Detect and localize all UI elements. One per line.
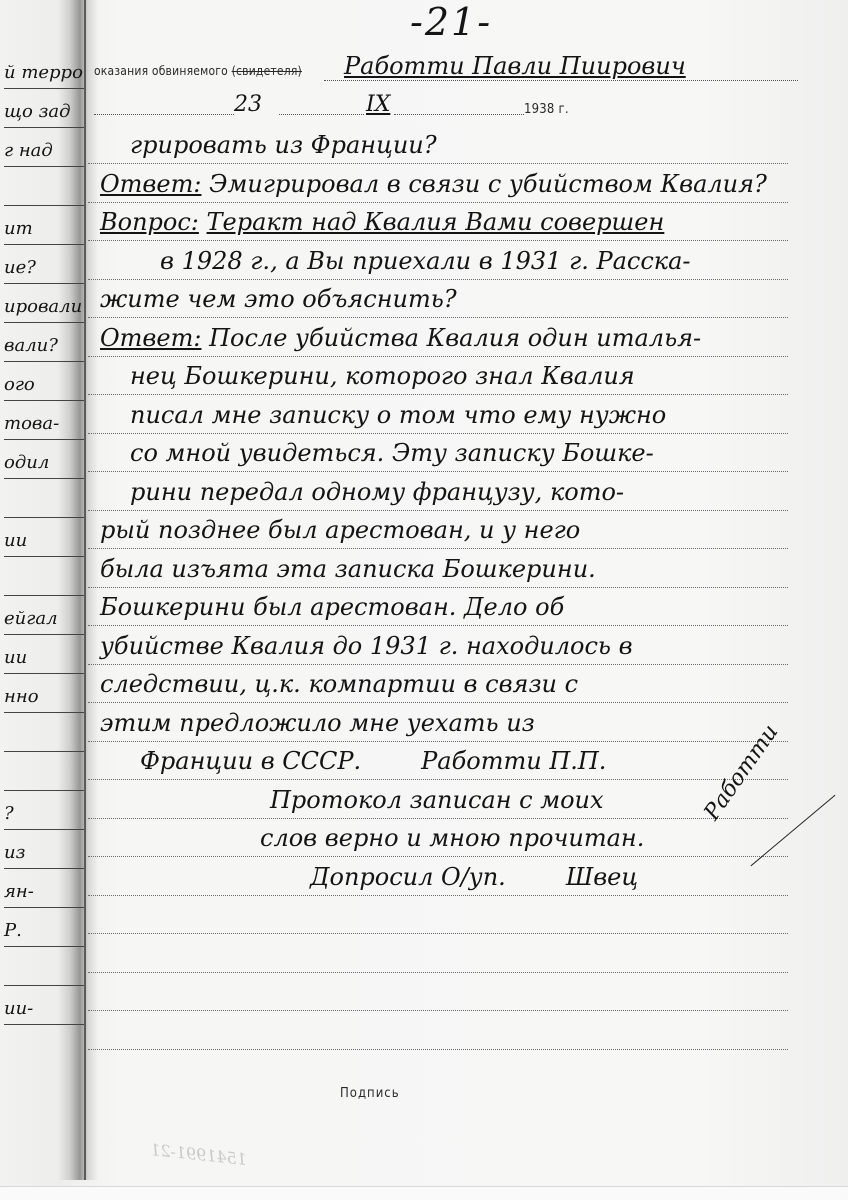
margin-rule [4, 439, 84, 440]
margin-rule [4, 205, 84, 206]
ruled-line [88, 818, 788, 819]
line-text: жите чем это объяснить? [100, 285, 457, 313]
margin-fragment: това- [4, 413, 59, 434]
ruled-line [88, 933, 788, 934]
line-text: в 1928 г., а Вы приехали в 1931 г. Расск… [160, 247, 691, 275]
printed-label-text: оказания обвиняемого [94, 64, 228, 78]
handwritten-line: слов верно и мною прочитан. [100, 823, 848, 853]
handwritten-line: Бошкерини был арестован. Дело об [100, 592, 790, 622]
line-text: Допросил О/уп. [310, 863, 506, 891]
margin-fragment: ит [4, 218, 33, 239]
date-dotted-line [394, 114, 524, 115]
date-year: 1938 г. [524, 102, 569, 117]
margin-fragment: ировали [4, 296, 82, 317]
ruled-line [88, 587, 788, 588]
date-dotted-line [279, 114, 364, 115]
margin-fragment: що зад [4, 101, 71, 122]
line-text: писал мне записку о том что ему нужно [130, 401, 666, 429]
margin-rule [4, 283, 84, 284]
qa-label: Ответ: [100, 324, 201, 352]
ruled-line [88, 664, 788, 665]
handwritten-line: Франции в СССР.Работти П.П. [100, 746, 830, 776]
margin-fragment: ие? [4, 257, 36, 278]
margin-rule [4, 907, 84, 908]
struck-witness-label: (свидетеля) [232, 64, 302, 78]
ruled-line [88, 202, 788, 203]
margin-fragment: нно [4, 686, 39, 707]
margin-rule [4, 1024, 84, 1025]
line-text: была изъята эта записка Бошкерини. [100, 555, 596, 583]
line-text: После убийства Квалия один италья- [209, 324, 701, 352]
margin-fragment: из [4, 842, 25, 863]
line-text: убийстве Квалия до 1931 г. находилось в [100, 632, 633, 660]
margin-rule [4, 322, 84, 323]
binding-fold-shadow [58, 0, 98, 1180]
handwritten-line: следствии, ц.к. компартии в связи с [100, 669, 790, 699]
line-text: со мной увидеться. Эту записку Бошке- [130, 439, 654, 467]
ruled-line [88, 895, 788, 896]
ruled-line [88, 510, 788, 511]
signature-label: Подпись [340, 1086, 400, 1101]
page-number: -21- [410, 0, 492, 44]
ruled-line [88, 279, 788, 280]
line-text: Протокол записан с моих [270, 786, 604, 814]
line-text: нец Бошкерини, которого знал Квалия [130, 362, 635, 390]
margin-fragment: ии- [4, 998, 33, 1019]
document-page: -21- оказания обвиняемого (свидетеля) Ра… [0, 0, 848, 1200]
handwritten-line: Ответ: После убийства Квалия один италья… [100, 323, 790, 353]
ruled-line [88, 163, 788, 164]
handwritten-line: Ответ: Эмигрировал в связи с убийством К… [100, 169, 790, 199]
line-text: слов верно и мною прочитан. [260, 824, 644, 852]
ruled-line [88, 394, 788, 395]
margin-fragment: вали? [4, 335, 58, 356]
page-bottom-edge [0, 1186, 848, 1200]
binding-edge [84, 0, 86, 1180]
margin-rule [4, 88, 84, 89]
margin-rule [4, 556, 84, 557]
handwritten-line: этим предложило мне уехать из [100, 708, 790, 738]
date-row: 23 IX 1938 г. [94, 92, 808, 122]
margin-fragment: г над [4, 140, 53, 161]
margin-fragment: ян- [4, 881, 34, 902]
margin-fragment: ? [4, 803, 14, 824]
handwritten-line: Вопрос: Теракт над Квалия Вами совершен [100, 207, 790, 237]
margin-fragment: ого [4, 374, 35, 395]
line-text: Теракт над Квалия Вами совершен [207, 208, 665, 236]
margin-fragment: ейгал [4, 608, 58, 629]
margin-rule [4, 868, 84, 869]
line-text: этим предложило мне уехать из [100, 709, 535, 737]
ruled-line [88, 779, 788, 780]
date-month: IX [366, 92, 390, 117]
ruled-line [88, 356, 788, 357]
margin-rule [4, 595, 84, 596]
line-text: рини передал одному французу, кото- [130, 478, 624, 506]
year-suffix: г. [558, 102, 568, 117]
margin-fragment: ии [4, 530, 27, 551]
qa-label: Вопрос: [100, 208, 199, 236]
ruled-line [88, 471, 788, 472]
handwritten-line: писал мне записку о том что ему нужно [100, 400, 820, 430]
handwritten-line: рый позднее был арестован, и у него [100, 515, 790, 545]
handwritten-line: рини передал одному французу, кото- [100, 477, 820, 507]
margin-rule [4, 985, 84, 986]
handwritten-line: со мной увидеться. Эту записку Бошке- [100, 438, 820, 468]
bleed-through-number: 1541991-21 [149, 1140, 247, 1169]
header-row: оказания обвиняемого (свидетеля) Работти… [94, 52, 808, 84]
margin-rule [4, 673, 84, 674]
handwritten-line: Допросил О/уп.Швец [100, 862, 848, 892]
margin-fragment: одил [4, 452, 49, 473]
inline-signature: Работти П.П. [421, 747, 606, 775]
handwritten-line: была изъята эта записка Бошкерини. [100, 554, 790, 584]
margin-rule [4, 790, 84, 791]
ruled-line [88, 972, 788, 973]
line-text: следствии, ц.к. компартии в связи с [100, 670, 578, 698]
margin-rule [4, 166, 84, 167]
ruled-line [88, 702, 788, 703]
handwritten-line: жите чем это объяснить? [100, 284, 790, 314]
date-day: 23 [234, 92, 262, 117]
margin-rule [4, 361, 84, 362]
margin-rule [4, 712, 84, 713]
margin-fragment: Р. [4, 920, 22, 941]
accused-name: Работти Павли Пиирович [344, 52, 686, 80]
header-dotted-line [324, 80, 798, 81]
qa-label: Ответ: [100, 170, 201, 198]
margin-rule [4, 478, 84, 479]
handwritten-line: в 1928 г., а Вы приехали в 1931 г. Расск… [100, 246, 848, 276]
handwritten-line: убийстве Квалия до 1931 г. находилось в [100, 631, 790, 661]
margin-rule [4, 400, 84, 401]
line-text: Бошкерини был арестован. Дело об [100, 593, 564, 621]
year-value: 1938 [524, 102, 555, 117]
line-text: рый позднее был арестован, и у него [100, 516, 580, 544]
margin-rule [4, 244, 84, 245]
header-printed-label: оказания обвиняемого (свидетеля) [94, 64, 302, 78]
margin-rule [4, 634, 84, 635]
margin-rule [4, 829, 84, 830]
ruled-line [88, 240, 788, 241]
margin-fragment: й терро [4, 62, 83, 83]
ruled-line [88, 741, 788, 742]
ruled-line [88, 548, 788, 549]
handwritten-line: грировать из Франции? [100, 130, 820, 160]
line-text: Франции в СССР. [140, 747, 361, 775]
ruled-line [88, 625, 788, 626]
line-text: грировать из Франции? [130, 131, 437, 159]
margin-rule [4, 517, 84, 518]
ruled-line [88, 1049, 788, 1050]
margin-fragment: ии [4, 647, 27, 668]
ruled-line [88, 856, 788, 857]
margin-rule [4, 946, 84, 947]
inline-signature: Швец [566, 863, 638, 891]
line-text: Эмигрировал в связи с убийством Квалия? [209, 170, 767, 198]
ruled-line [88, 433, 788, 434]
ruled-line [88, 317, 788, 318]
margin-rule [4, 127, 84, 128]
ruled-line [88, 1010, 788, 1011]
date-dotted-line [94, 114, 234, 115]
margin-rule [4, 751, 84, 752]
handwritten-line: нец Бошкерини, которого знал Квалия [100, 361, 820, 391]
